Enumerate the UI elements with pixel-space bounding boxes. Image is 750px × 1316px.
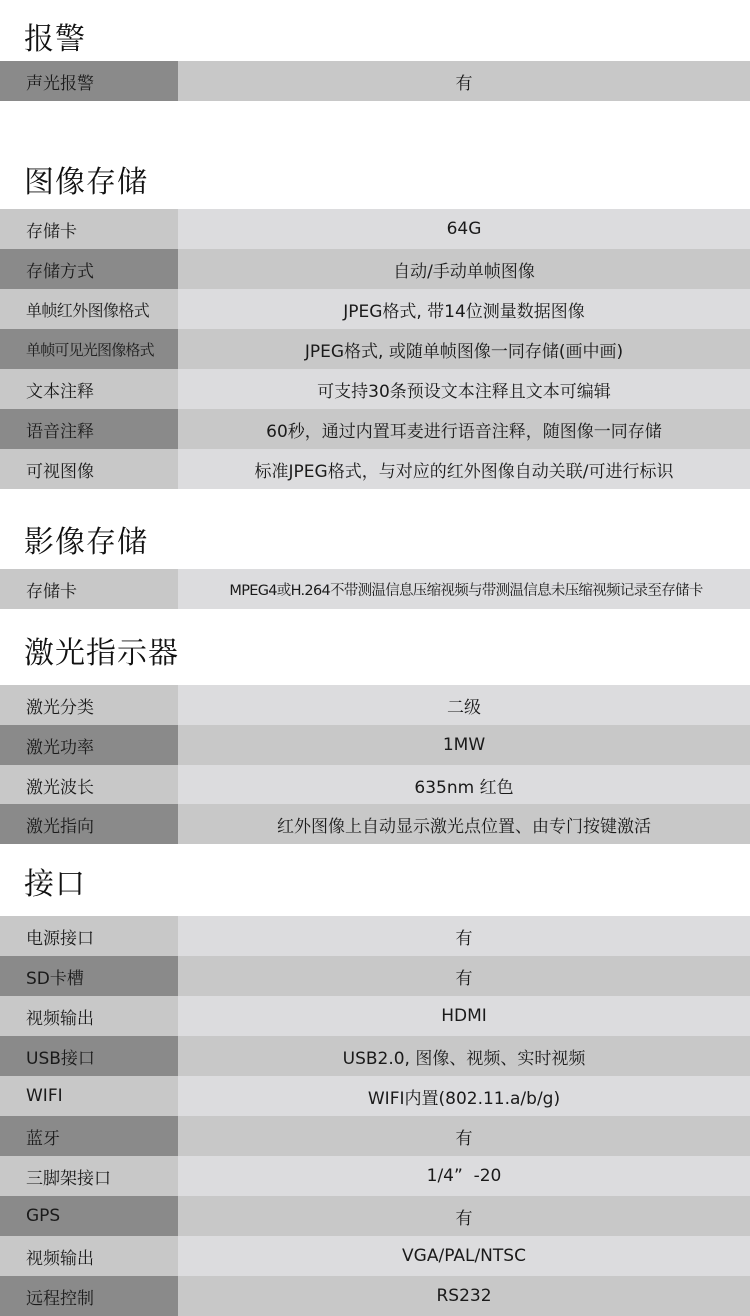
spec-label: GPS [0, 1196, 178, 1236]
spec-row: 声光报警 有 [0, 61, 750, 101]
section-title-video-storage: 影像存储 [24, 528, 148, 558]
spec-value: RS232 [178, 1276, 750, 1316]
spec-label: 三脚架接口 [0, 1156, 178, 1196]
spec-label: 视频输出 [0, 996, 178, 1036]
section-title-laser-pointer: 激光指示器 [24, 639, 179, 669]
spec-row: WIFI WIFI内置(802.11.a/b/g) [0, 1076, 750, 1116]
spec-label: 声光报警 [0, 61, 178, 101]
spec-label: 存储卡 [0, 209, 178, 249]
spec-value: WIFI内置(802.11.a/b/g) [178, 1076, 750, 1116]
spec-label: 激光指向 [0, 804, 178, 844]
spec-row: 激光指向 红外图像上自动显示激光点位置、由专门按键激活 [0, 804, 750, 844]
spec-row: 存储卡 MPEG4或H.264不带测温信息压缩视频与带测温信息未压缩视频记录至存… [0, 569, 750, 609]
spec-value: 可支持30条预设文本注释且文本可编辑 [178, 369, 750, 409]
spec-label: 激光波长 [0, 765, 178, 805]
spec-value: 有 [178, 916, 750, 956]
spec-value: 有 [178, 956, 750, 996]
spec-value: MPEG4或H.264不带测温信息压缩视频与带测温信息未压缩视频记录至存储卡 [178, 569, 750, 609]
spec-label: 视频输出 [0, 1236, 178, 1276]
spec-sheet: 报警 声光报警 有 图像存储 存储卡 64G 存储方式 自动/手动单帧图像 单帧… [0, 0, 750, 1316]
spec-row: 单帧可见光图像格式 JPEG格式, 或随单帧图像一同存储(画中画) [0, 329, 750, 369]
spec-row: 激光功率 1MW [0, 725, 750, 765]
spec-label: 单帧可见光图像格式 [0, 329, 178, 369]
spec-value: VGA/PAL/NTSC [178, 1236, 750, 1276]
spec-label: 电源接口 [0, 916, 178, 956]
spec-value: 1/4” -20 [178, 1156, 750, 1196]
spec-value: 64G [178, 209, 750, 249]
spec-label: 可视图像 [0, 449, 178, 489]
spec-value: 有 [178, 61, 750, 101]
spec-label: 激光分类 [0, 685, 178, 725]
spec-value: 自动/手动单帧图像 [178, 249, 750, 289]
spec-value: 红外图像上自动显示激光点位置、由专门按键激活 [178, 804, 750, 844]
spec-value: 有 [178, 1196, 750, 1236]
spec-value: JPEG格式, 带14位测量数据图像 [178, 289, 750, 329]
spec-row: 激光波长 635nm 红色 [0, 765, 750, 805]
spec-row: 视频输出 VGA/PAL/NTSC [0, 1236, 750, 1276]
spec-value: 有 [178, 1116, 750, 1156]
spec-label: 激光功率 [0, 725, 178, 765]
spec-value: 标准JPEG格式，与对应的红外图像自动关联/可进行标识 [178, 449, 750, 489]
spec-value: JPEG格式, 或随单帧图像一同存储(画中画) [178, 329, 750, 369]
spec-row: 语音注释 60秒，通过内置耳麦进行语音注释，随图像一同存储 [0, 409, 750, 449]
spec-row: 视频输出 HDMI [0, 996, 750, 1036]
spec-row: GPS 有 [0, 1196, 750, 1236]
spec-row: 可视图像 标准JPEG格式，与对应的红外图像自动关联/可进行标识 [0, 449, 750, 489]
spec-value: HDMI [178, 996, 750, 1036]
spec-label: 存储方式 [0, 249, 178, 289]
spec-label: 语音注释 [0, 409, 178, 449]
spec-row: SD卡槽 有 [0, 956, 750, 996]
spec-row: 存储卡 64G [0, 209, 750, 249]
spec-value: 60秒，通过内置耳麦进行语音注释，随图像一同存储 [178, 409, 750, 449]
section-title-alarm: 报警 [24, 25, 86, 55]
section-title-image-storage: 图像存储 [24, 168, 148, 198]
spec-row: 蓝牙 有 [0, 1116, 750, 1156]
spec-value: USB2.0, 图像、视频、实时视频 [178, 1036, 750, 1076]
spec-label: WIFI [0, 1076, 178, 1116]
spec-label: 文本注释 [0, 369, 178, 409]
spec-row: 激光分类 二级 [0, 685, 750, 725]
spec-row: 存储方式 自动/手动单帧图像 [0, 249, 750, 289]
spec-row: 电源接口 有 [0, 916, 750, 956]
section-title-interfaces: 接口 [24, 870, 86, 900]
spec-row: 单帧红外图像格式 JPEG格式, 带14位测量数据图像 [0, 289, 750, 329]
spec-label: USB接口 [0, 1036, 178, 1076]
spec-row: 远程控制 RS232 [0, 1276, 750, 1316]
spec-label: 远程控制 [0, 1276, 178, 1316]
spec-row: USB接口 USB2.0, 图像、视频、实时视频 [0, 1036, 750, 1076]
spec-label: 蓝牙 [0, 1116, 178, 1156]
spec-value: 635nm 红色 [178, 765, 750, 805]
spec-value: 1MW [178, 725, 750, 765]
spec-row: 三脚架接口 1/4” -20 [0, 1156, 750, 1196]
spec-label: SD卡槽 [0, 956, 178, 996]
spec-row: 文本注释 可支持30条预设文本注释且文本可编辑 [0, 369, 750, 409]
spec-value: 二级 [178, 685, 750, 725]
spec-label: 单帧红外图像格式 [0, 289, 178, 329]
spec-label: 存储卡 [0, 569, 178, 609]
